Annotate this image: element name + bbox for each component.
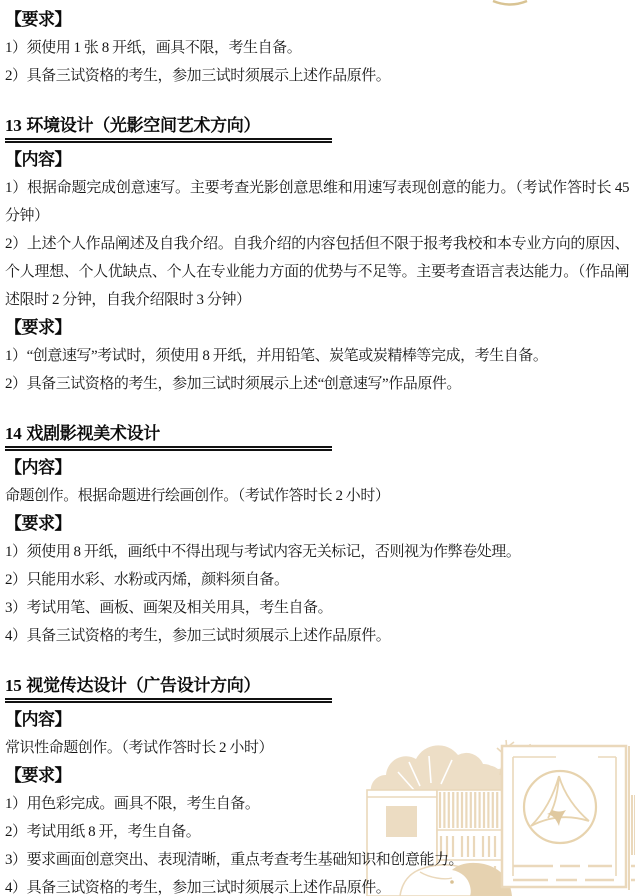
requirement-item: 3）要求画面创意突出、表现清晰，重点考查考生基础知识和创意能力。 — [5, 846, 629, 874]
document-page: 【要求】 1）须使用 1 张 8 开纸，画具不限，考生自备。 2）具备三试资格的… — [0, 0, 635, 896]
requirements-header: 【要求】 — [5, 510, 629, 538]
document-content: 【要求】 1）须使用 1 张 8 开纸，画具不限，考生自备。 2）具备三试资格的… — [0, 0, 635, 896]
section-title-text: 戏剧影视美术设计 — [26, 424, 160, 443]
requirements-header: 【要求】 — [5, 314, 629, 342]
section-13-title: 13环境设计（光影空间艺术方向） — [5, 116, 332, 143]
requirements-header: 【要求】 — [5, 762, 629, 790]
requirement-item: 2）考试用纸 8 开，考生自备。 — [5, 818, 629, 846]
requirement-item: 2）具备三试资格的考生，参加三试时须展示上述“创意速写”作品原件。 — [5, 370, 629, 398]
requirement-item: 4）具备三试资格的考生，参加三试时须展示上述作品原件。 — [5, 874, 629, 896]
section-14-title: 14戏剧影视美术设计 — [5, 424, 332, 451]
requirement-item: 1）须使用 1 张 8 开纸，画具不限，考生自备。 — [5, 34, 629, 62]
content-item: 1）根据命题完成创意速写。主要考查光影创意思维和用速写表现创意的能力。（考试作答… — [5, 174, 629, 230]
requirement-item: 1）用色彩完成。画具不限，考生自备。 — [5, 790, 629, 818]
section-title-text: 环境设计（光影空间艺术方向） — [26, 116, 260, 135]
requirement-item: 3）考试用笔、画板、画架及相关用具，考生自备。 — [5, 594, 629, 622]
requirement-item: 2）只能用水彩、水粉或丙烯，颜料须自备。 — [5, 566, 629, 594]
requirement-item: 2）具备三试资格的考生，参加三试时须展示上述作品原件。 — [5, 62, 629, 90]
section-title-text: 视觉传达设计（广告设计方向） — [26, 676, 260, 695]
requirement-item: 1）须使用 8 开纸，画纸中不得出现与考试内容无关标记，否则视为作弊卷处理。 — [5, 538, 629, 566]
content-header: 【内容】 — [5, 146, 629, 174]
section-number: 14 — [5, 424, 21, 443]
requirement-item: 4）具备三试资格的考生，参加三试时须展示上述作品原件。 — [5, 622, 629, 650]
content-item: 2）上述个人作品阐述及自我介绍。自我介绍的内容包括但不限于报考我校和本专业方向的… — [5, 230, 629, 314]
content-header: 【内容】 — [5, 454, 629, 482]
section-15-title: 15视觉传达设计（广告设计方向） — [5, 676, 332, 703]
requirement-item: 1）“创意速写”考试时，须使用 8 开纸，并用铅笔、炭笔或炭精棒等完成，考生自备… — [5, 342, 629, 370]
content-header: 【内容】 — [5, 706, 629, 734]
content-item: 常识性命题创作。（考试作答时长 2 小时） — [5, 734, 629, 762]
requirements-header: 【要求】 — [5, 6, 629, 34]
section-number: 13 — [5, 116, 21, 135]
content-item: 命题创作。根据命题进行绘画创作。（考试作答时长 2 小时） — [5, 482, 629, 510]
section-number: 15 — [5, 676, 21, 695]
